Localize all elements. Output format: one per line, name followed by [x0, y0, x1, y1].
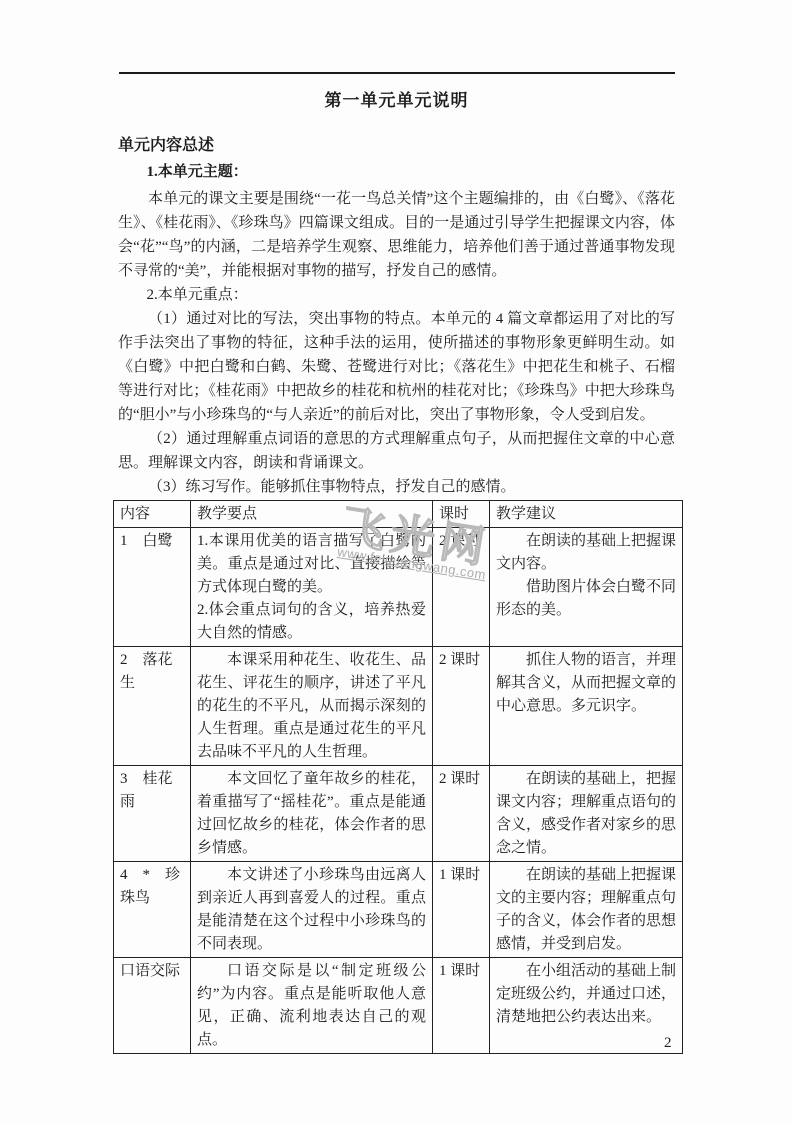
suggestion-paragraph: 在朗读的基础上把握课文内容。: [496, 530, 676, 576]
document-page: 第一单元单元说明 单元内容总述 1.本单元主题： 本单元的课文主要是围绕“一花一…: [0, 0, 793, 1122]
header-teaching-points: 教学要点: [191, 501, 433, 528]
focus-point-1: （1）通过对比的写法，突出事物的特点。本单元的 4 篇文章都运用了对比的写作手法…: [118, 307, 675, 427]
row-hours-cell: 2 课时: [433, 647, 490, 766]
header-teaching-suggestions: 教学建议: [490, 501, 683, 528]
point-paragraph: 2.体会重点词句的含义，培养热爱大自然的情感。: [197, 599, 426, 645]
row-points-cell: 1.本课用优美的语言描写了白鹭的美。重点是通过对比、直接描绘等方式体现白鹭的美。…: [191, 528, 433, 647]
row-hours-cell: 2 课时: [433, 528, 490, 647]
table-row: 3 桂花雨 本文回忆了童年故乡的桂花，着重描写了“摇桂花”。重点是能通过回忆故乡…: [114, 766, 683, 862]
row-suggestions-cell: 抓住人物的语言，并理解其含义，从而把握文章的中心意思。多元识字。: [490, 647, 683, 766]
row-hours-cell: 2 课时: [433, 766, 490, 862]
focus-point-3: （3）练习写作。能够抓住事物特点，抒发自己的感情。: [118, 475, 675, 499]
header-content: 内容: [114, 501, 191, 528]
point-paragraph: 1.本课用优美的语言描写了白鹭的美。重点是通过对比、直接描绘等方式体现白鹭的美。: [197, 530, 426, 599]
point-paragraph: 本文回忆了童年故乡的桂花，着重描写了“摇桂花”。重点是能通过回忆故乡的桂花，体会…: [197, 768, 426, 860]
lesson-plan-table: 内容 教学要点 课时 教学建议 1 白鹭 1.本课用优美的语言描写了白鹭的美。重…: [113, 500, 683, 1054]
row-suggestions-cell: 在小组活动的基础上制定班级公约，并通过口述，清楚地把公约表达出来。: [490, 958, 683, 1054]
suggestion-paragraph: 在小组活动的基础上制定班级公约，并通过口述，清楚地把公约表达出来。: [496, 960, 676, 1029]
focus-heading: 2.本单元重点：: [118, 283, 675, 307]
row-content-cell: 3 桂花雨: [114, 766, 191, 862]
point-paragraph: 本文讲述了小珍珠鸟由远离人到亲近人再到喜爱人的过程。重点是能清楚在这个过程中小珍…: [197, 864, 426, 956]
focus-point-2: （2）通过理解重点词语的意思的方式理解重点句子，从而把握住文章的中心意思。理解课…: [118, 427, 675, 475]
row-hours-cell: 1 课时: [433, 862, 490, 958]
overview-heading: 单元内容总述: [118, 133, 675, 158]
row-points-cell: 本文回忆了童年故乡的桂花，着重描写了“摇桂花”。重点是能通过回忆故乡的桂花，体会…: [191, 766, 433, 862]
page-number: 2: [664, 1035, 672, 1052]
suggestion-paragraph: 在朗读的基础上把握课文的主要内容；理解重点句子的含义，体会作者的思想感情，并受到…: [496, 864, 676, 956]
row-suggestions-cell: 在朗读的基础上，把握课文内容；理解重点语句的含义，感受作者对家乡的思念之情。: [490, 766, 683, 862]
table-row: 口语交际 口语交际是以“制定班级公约”为内容。重点是能听取他人意见，正确、流利地…: [114, 958, 683, 1054]
row-points-cell: 本文讲述了小珍珠鸟由远离人到亲近人再到喜爱人的过程。重点是能清楚在这个过程中小珍…: [191, 862, 433, 958]
table-header-row: 内容 教学要点 课时 教学建议: [114, 501, 683, 528]
table-row: 1 白鹭 1.本课用优美的语言描写了白鹭的美。重点是通过对比、直接描绘等方式体现…: [114, 528, 683, 647]
row-content-cell: 1 白鹭: [114, 528, 191, 647]
table-row: 2 落花生 本课采用种花生、收花生、品花生、评花生的顺序，讲述了平凡的花生的不平…: [114, 647, 683, 766]
suggestion-paragraph: 在朗读的基础上，把握课文内容；理解重点语句的含义，感受作者对家乡的思念之情。: [496, 768, 676, 860]
row-points-cell: 本课采用种花生、收花生、品花生、评花生的顺序，讲述了平凡的花生的不平凡，从而揭示…: [191, 647, 433, 766]
header-rule: [119, 72, 675, 74]
suggestion-paragraph: 抓住人物的语言，并理解其含义，从而把握文章的中心意思。多元识字。: [496, 649, 676, 718]
point-paragraph: 口语交际是以“制定班级公约”为内容。重点是能听取他人意见，正确、流利地表达自己的…: [197, 960, 426, 1052]
table-row: 4 * 珍珠鸟 本文讲述了小珍珠鸟由远离人到亲近人再到喜爱人的过程。重点是能清楚…: [114, 862, 683, 958]
page-content: 第一单元单元说明 单元内容总述 1.本单元主题： 本单元的课文主要是围绕“一花一…: [118, 88, 675, 1054]
row-hours-cell: 1 课时: [433, 958, 490, 1054]
point-paragraph: 本课采用种花生、收花生、品花生、评花生的顺序，讲述了平凡的花生的不平凡，从而揭示…: [197, 649, 426, 764]
theme-paragraph: 本单元的课文主要是围绕“一花一鸟总关情”这个主题编排的，由《白鹭》、《落花生》、…: [118, 187, 675, 283]
row-content-cell: 4 * 珍珠鸟: [114, 862, 191, 958]
page-title: 第一单元单元说明: [118, 88, 675, 114]
row-points-cell: 口语交际是以“制定班级公约”为内容。重点是能听取他人意见，正确、流利地表达自己的…: [191, 958, 433, 1054]
row-content-cell: 2 落花生: [114, 647, 191, 766]
suggestion-paragraph: 借助图片体会白鹭不同形态的美。: [496, 576, 676, 622]
row-suggestions-cell: 在朗读的基础上把握课文的主要内容；理解重点句子的含义，体会作者的思想感情，并受到…: [490, 862, 683, 958]
header-class-hours: 课时: [433, 501, 490, 528]
theme-heading: 1.本单元主题：: [118, 160, 675, 185]
row-suggestions-cell: 在朗读的基础上把握课文内容。 借助图片体会白鹭不同形态的美。: [490, 528, 683, 647]
row-content-cell: 口语交际: [114, 958, 191, 1054]
